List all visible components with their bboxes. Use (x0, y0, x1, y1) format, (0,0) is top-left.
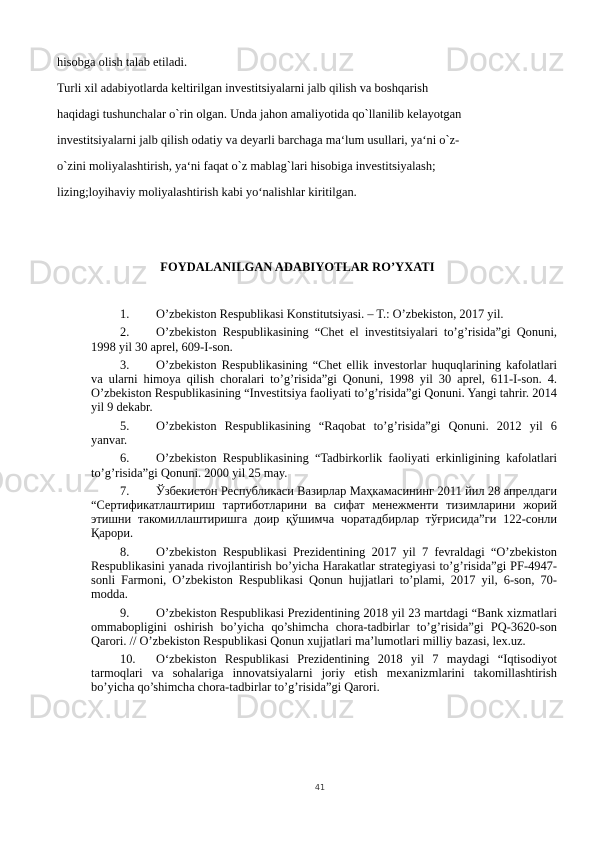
intro-line: o`zini moliyalashtirish, ya‘ni faqat o`z… (57, 157, 557, 183)
reference-text: O’zbekiston Respublikasining “Chet el in… (91, 325, 557, 353)
intro-line: Turli xil adabiyotlarda keltirilgan inve… (57, 79, 557, 105)
reference-text: O‘zbekiston Respublikasi Prezidentining … (91, 652, 557, 694)
reference-text: O’zbekiston Respublikasi Konstitutsiyasi… (156, 307, 504, 321)
reference-number: 6. (120, 451, 156, 465)
reference-number: 8. (120, 545, 156, 559)
reference-number: 3. (120, 358, 156, 372)
reference-number: 10. (120, 652, 156, 666)
page-number: 41 (0, 783, 595, 792)
reference-item: 7.Ўзбекистон Республикаси Вазирлар Маҳка… (91, 484, 557, 540)
intro-line: hisobga olish talab etiladi. (57, 53, 557, 79)
reference-item: 10.O‘zbekiston Respublikasi Prezidentini… (91, 652, 557, 694)
reference-item: 2.O’zbekiston Respublikasining “Chet el … (91, 325, 557, 353)
reference-text: O’zbekiston Respublikasining “Tadbirkorl… (91, 451, 557, 479)
reference-text: O’zbekiston Respublikasining “Chet ellik… (91, 358, 557, 414)
reference-number: 9. (120, 606, 156, 620)
references-heading: FOYDALANILGAN ADABIYOTLAR RO’YXATI (0, 260, 595, 275)
reference-item: 1.O’zbekiston Respublikasi Konstitutsiya… (91, 307, 557, 321)
reference-number: 2. (120, 325, 156, 339)
intro-line: investitsiyalarni jalb qilish odatiy va … (57, 131, 557, 157)
intro-line: lizing;loyihaviy moliyalashtirish kabi y… (57, 183, 557, 209)
reference-text: O’zbekiston Respublikasi Prezidentining … (91, 545, 557, 601)
reference-item: 3.O’zbekiston Respublikasining “Chet ell… (91, 358, 557, 414)
intro-line: haqidagi tushunchalar o`rin olgan. Unda … (57, 105, 557, 131)
reference-item: 8.O’zbekiston Respublikasi Prezidentinin… (91, 545, 557, 601)
reference-number: 1. (120, 307, 156, 321)
intro-paragraph: hisobga olish talab etiladi. Turli xil a… (57, 53, 557, 209)
reference-text: O’zbekiston Respublikasining “Raqobat to… (91, 419, 557, 447)
reference-item: 6.O’zbekiston Respublikasining “Tadbirko… (91, 451, 557, 479)
reference-text: Ўзбекистон Республикаси Вазирлар Маҳкама… (91, 484, 557, 540)
reference-text: O’zbekiston Respublikasi Prezidentining … (91, 606, 557, 648)
reference-item: 9.O’zbekiston Respublikasi Prezidentinin… (91, 606, 557, 648)
reference-number: 5. (120, 419, 156, 433)
watermark: Docx.uz (0, 466, 99, 496)
references-list: 1.O’zbekiston Respublikasi Konstitutsiya… (91, 307, 557, 699)
reference-number: 7. (120, 484, 156, 498)
reference-item: 5.O’zbekiston Respublikasining “Raqobat … (91, 419, 557, 447)
